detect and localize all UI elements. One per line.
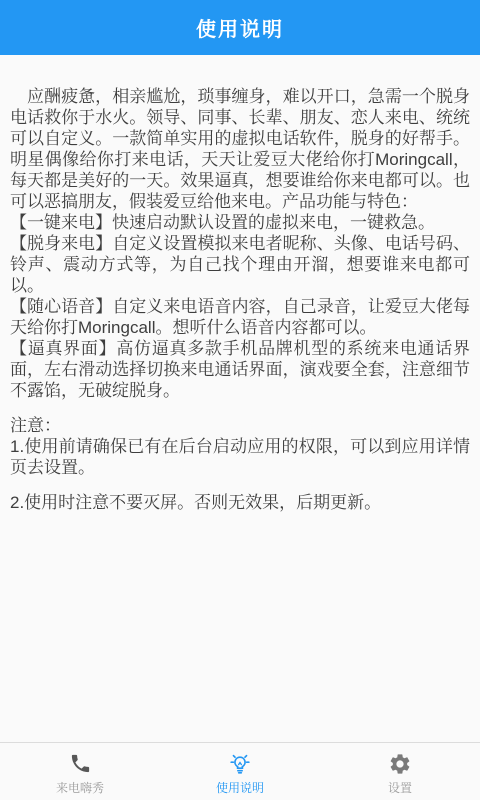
- page-title: 使用说明: [196, 13, 284, 42]
- note-line-2: 2.使用时注意不要灭屏。否则无效果，后期更新。: [10, 492, 470, 513]
- notes-title: 注意：: [10, 415, 470, 436]
- feature-line-one-key-call: 【一键来电】快速启动默认设置的虚拟来电，一键救急。: [10, 212, 470, 233]
- intro-paragraph: 应酬疲惫，相亲尴尬，琐事缠身，难以开口，急需一个脱身电话救你于水火。领导、同事、…: [10, 86, 470, 212]
- bottom-tab-bar: 来电嗨秀 使用说明: [0, 742, 480, 800]
- feature-line-escape-call: 【脱身来电】自定义设置模拟来电者昵称、头像、电话号码、铃声、震动方式等，为自己找…: [10, 233, 470, 296]
- gear-icon: [387, 751, 413, 777]
- tab-instructions-label: 使用说明: [216, 779, 264, 796]
- tab-call-show-label: 来电嗨秀: [56, 779, 104, 796]
- feature-line-realistic-ui: 【逼真界面】高仿逼真多款手机品牌机型的系统来电通话界面，左右滑动选择切换来电通话…: [10, 338, 470, 401]
- tab-settings[interactable]: 设置: [320, 743, 480, 800]
- app-screen: 使用说明 应酬疲惫，相亲尴尬，琐事缠身，难以开口，急需一个脱身电话救你于水火。领…: [0, 0, 480, 800]
- lightbulb-icon: [227, 751, 253, 777]
- tab-call-show[interactable]: 来电嗨秀: [0, 743, 160, 800]
- note-line-1: 1.使用前请确保已有在后台启动应用的权限，可以到应用详情页去设置。: [10, 436, 470, 478]
- app-header: 使用说明: [0, 0, 480, 55]
- tab-settings-label: 设置: [388, 779, 412, 796]
- feature-line-custom-voice: 【随心语音】自定义来电语音内容，自己录音，让爱豆大佬每天给你打Moringcal…: [10, 296, 470, 338]
- instructions-content: 应酬疲惫，相亲尴尬，琐事缠身，难以开口，急需一个脱身电话救你于水火。领导、同事、…: [0, 55, 480, 513]
- tab-instructions[interactable]: 使用说明: [160, 743, 320, 800]
- phone-icon: [67, 751, 93, 777]
